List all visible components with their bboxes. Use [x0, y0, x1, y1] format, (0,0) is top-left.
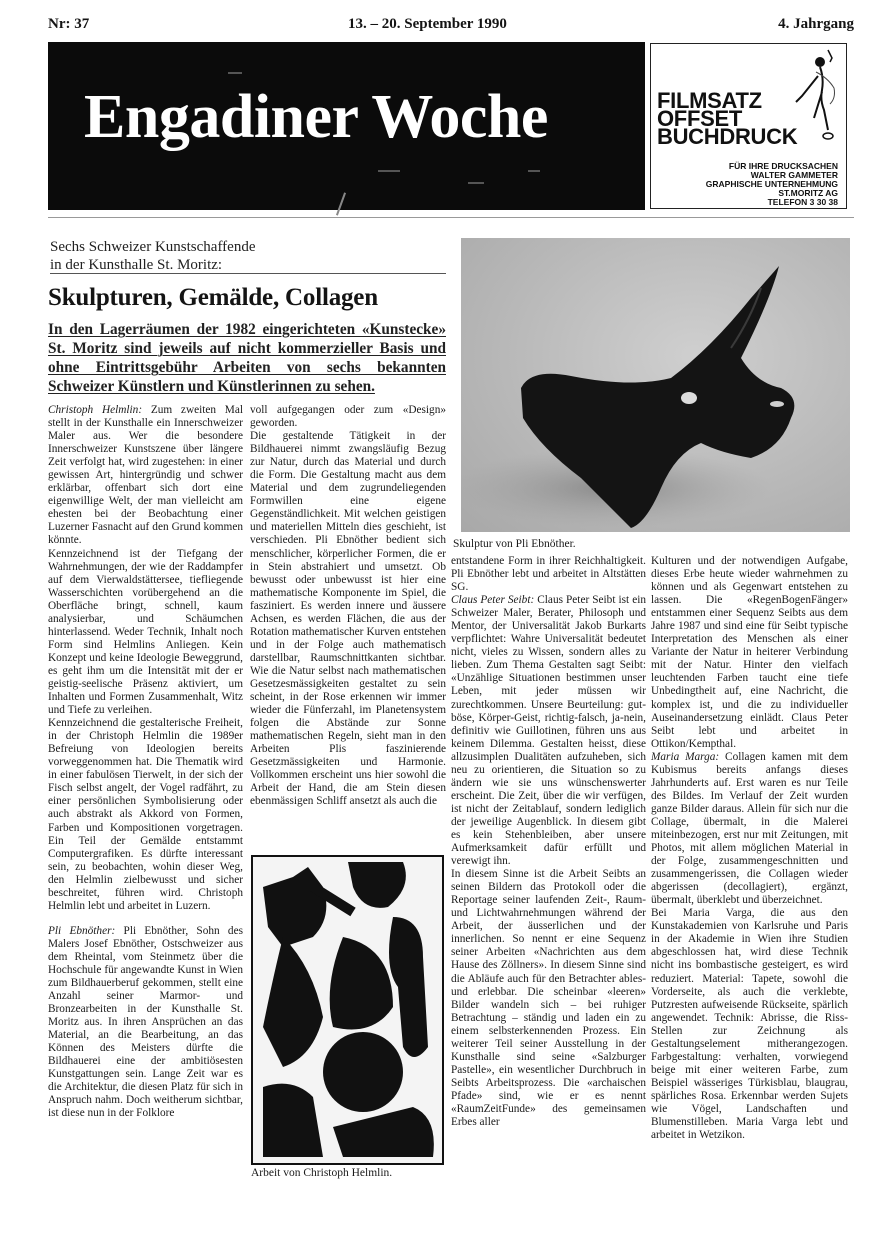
artist-name: Maria Marga:: [651, 751, 719, 763]
paragraph-text: Collagen kamen mit dem Kubismus bereits …: [651, 751, 848, 907]
ad-contact: FÜR IHRE DRUCKSACHEN WALTER GAMMETER GRA…: [706, 162, 838, 207]
print-speck: [468, 182, 484, 184]
paragraph: Maria Marga: Collagen kamen mit dem Kubi…: [651, 751, 848, 908]
text-column-2: voll aufgegangen oder zum «Design» gewor…: [250, 404, 446, 808]
kicker-line: Sechs Schweizer Kunstschaffende: [50, 238, 256, 256]
kicker-divider: [50, 273, 446, 274]
newspaper-title: Engadiner Woche: [84, 82, 548, 153]
paragraph: Kennzeichnend die gestalterische Freihei…: [48, 717, 243, 913]
artist-name: Pli Ebnöther:: [48, 925, 115, 937]
paragraph-text: Zum zweiten Mal stellt in der Kunsthalle…: [48, 404, 243, 546]
article-headline: Skulpturen, Gemälde, Collagen: [48, 284, 378, 312]
artwork-image: [253, 857, 442, 1163]
lead-text: In den Lagerräumen der 1982 eingerichtet…: [48, 321, 446, 395]
issue-date: 13. – 20. September 1990: [348, 16, 507, 33]
volume-label: 4. Jahrgang: [778, 16, 854, 33]
paragraph: voll aufgegangen oder zum «Design» gewor…: [250, 404, 446, 430]
paragraph-text: Pli Ebnöther, Sohn des Malers Josef Ebnö…: [48, 925, 243, 1120]
kicker-line: in der Kunsthalle St. Moritz:: [50, 256, 256, 274]
ad-line: BUCHDRUCK: [657, 128, 797, 146]
text-column-3: entstandene Form in ihrer Reichhaltigkei…: [451, 555, 646, 1129]
sculpture-photo: [461, 238, 850, 532]
ad-services: FILMSATZ OFFSET BUCHDRUCK: [657, 92, 797, 146]
ad-small-line: TELEFON 3 30 38: [706, 198, 838, 207]
artist-name: Claus Peter Seibt:: [451, 594, 534, 606]
print-shop-advertisement: FILMSATZ OFFSET BUCHDRUCK FÜR IHRE DRUCK…: [650, 43, 847, 209]
text-column-1: Christoph Helmlin: Zum zweiten Mal stell…: [48, 404, 243, 1121]
paragraph: In diesem Sinne ist die Arbeit Seibts an…: [451, 868, 646, 1129]
paragraph: Bei Maria Varga, die aus den Kunstakadem…: [651, 907, 848, 1142]
sculpture-caption: Skulptur von Pli Ebnöther.: [453, 538, 576, 550]
print-speck: [528, 170, 540, 172]
article-kicker: Sechs Schweizer Kunstschaffende in der K…: [50, 238, 256, 274]
issue-header: Nr: 37 13. – 20. September 1990 4. Jahrg…: [48, 14, 854, 36]
paragraph-text: Claus Peter Seibt ist ein Schweizer Male…: [451, 594, 646, 867]
print-speck: [378, 170, 400, 172]
print-speck: [228, 72, 242, 74]
print-speck: [336, 192, 346, 215]
paragraph: Kulturen und der notwendigen Aufgabe, di…: [651, 555, 848, 751]
paragraph: Die gestaltende Tätigkeit in der Bildhau…: [250, 430, 446, 808]
paragraph: entstandene Form in ihrer Reichhaltigkei…: [451, 555, 646, 594]
header-divider: [48, 217, 854, 218]
paragraph: Claus Peter Seibt: Claus Peter Seibt ist…: [451, 594, 646, 868]
sculpture-image: [461, 238, 850, 532]
issue-number: Nr: 37: [48, 16, 89, 33]
painter-figure-icon: [794, 48, 840, 148]
artwork-caption: Arbeit von Christoph Helmlin.: [251, 1167, 392, 1179]
paragraph: Pli Ebnöther: Pli Ebnöther, Sohn des Mal…: [48, 925, 243, 1121]
helmlin-artwork: [251, 855, 444, 1165]
text-column-4: Kulturen und der notwendigen Aufgabe, di…: [651, 555, 848, 1142]
artist-name: Christoph Helmlin:: [48, 404, 142, 416]
article-lead: In den Lagerräumen der 1982 eingerichtet…: [48, 320, 446, 396]
paragraph: Christoph Helmlin: Zum zweiten Mal stell…: [48, 404, 243, 548]
paragraph: Kennzeichnend ist der Tiefgang der Wahrn…: [48, 548, 243, 718]
masthead: Engadiner Woche: [48, 42, 645, 210]
